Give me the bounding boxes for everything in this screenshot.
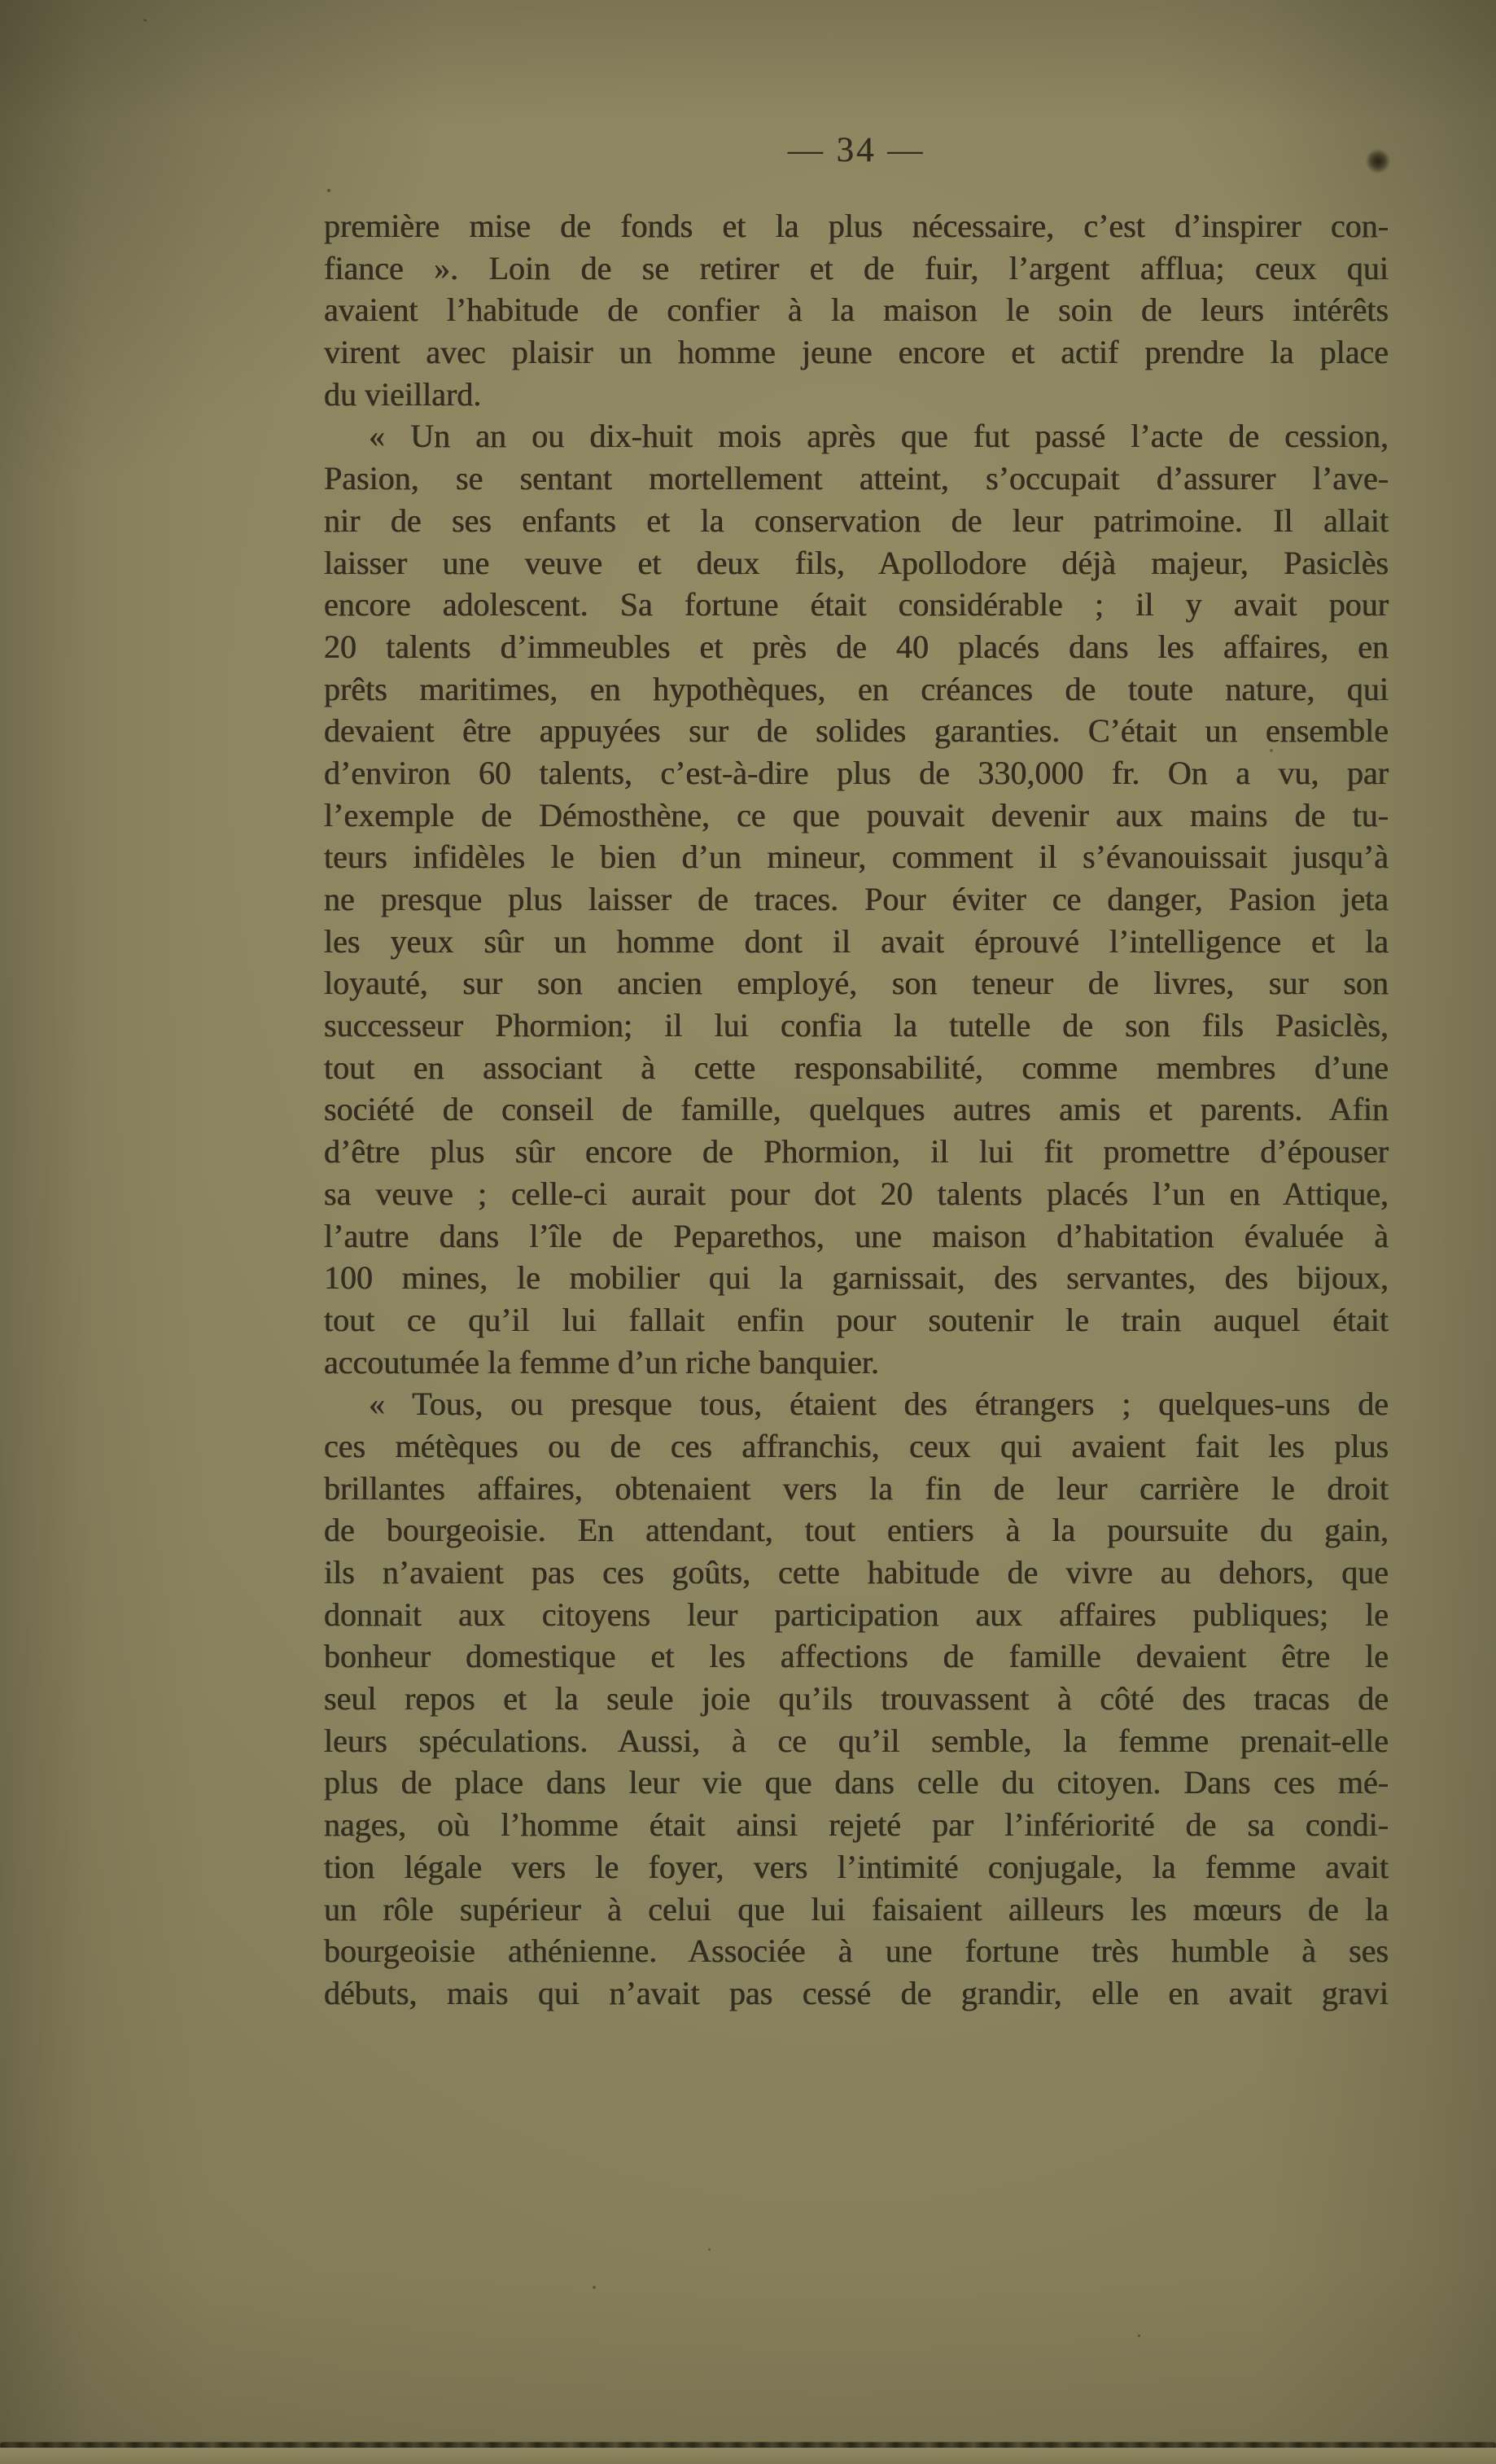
text-line: l’autre dans l’île de Peparethos, une ma…	[324, 1215, 1389, 1258]
text-line: les yeux sûr un homme dont il avait épro…	[324, 921, 1389, 963]
surface-below-page	[0, 2448, 1496, 2464]
paper-speck	[1270, 749, 1273, 752]
text-line: tout en associant à cette responsabilité…	[324, 1047, 1389, 1089]
text-line: tion légale vers le foyer, vers l’intimi…	[324, 1846, 1389, 1888]
text-line: leurs spéculations. Aussi, à ce qu’il se…	[324, 1720, 1389, 1762]
text-line: encore adolescent. Sa fortune était cons…	[324, 584, 1389, 626]
text-line: donnait aux citoyens leur participation …	[324, 1594, 1389, 1636]
text-line: fiance ». Loin de se retirer et de fuir,…	[324, 247, 1389, 290]
text-line: bourgeoisie athénienne. Associée à une f…	[324, 1930, 1389, 1972]
text-line: débuts, mais qui n’avait pas cessé de gr…	[324, 1972, 1389, 2015]
text-line: sa veuve ; celle-ci aurait pour dot 20 t…	[324, 1173, 1389, 1215]
text-line: laisser une veuve et deux fils, Apollodo…	[324, 542, 1389, 584]
text-line: ces métèques ou de ces affranchis, ceux …	[324, 1425, 1389, 1468]
body-text: première mise de fonds et la plus nécess…	[324, 205, 1389, 2015]
text-line: accoutumée la femme d’un riche banquier.	[324, 1341, 1389, 1384]
text-line: première mise de fonds et la plus nécess…	[324, 205, 1389, 247]
paper-speck	[708, 2248, 711, 2251]
paper-speck	[1138, 2335, 1140, 2337]
text-line: teurs infidèles le bien d’un mineur, com…	[324, 836, 1389, 878]
paper-speck	[327, 189, 330, 192]
text-line: du vieillard.	[324, 374, 1389, 416]
text-line: d’environ 60 talents, c’est-à-dire plus …	[324, 752, 1389, 794]
text-line: nir de ses enfants et la conservation de…	[324, 500, 1389, 542]
text-line: plus de place dans leur vie que dans cel…	[324, 1762, 1389, 1804]
text-line: loyauté, sur son ancien employé, son ten…	[324, 962, 1389, 1004]
text-line: ne presque plus laisser de traces. Pour …	[324, 878, 1389, 921]
page-number: — 34 —	[324, 130, 1389, 170]
text-line: avaient l’habitude de confier à la maiso…	[324, 289, 1389, 331]
text-line: société de conseil de famille, quelques …	[324, 1088, 1389, 1131]
text-line: « Un an ou dix-huit mois après que fut p…	[324, 415, 1389, 457]
text-line: virent avec plaisir un homme jeune encor…	[324, 331, 1389, 374]
text-line: « Tous, ou presque tous, étaient des étr…	[324, 1383, 1389, 1425]
ink-blot-stain	[1366, 149, 1390, 173]
text-line: l’exemple de Démosthène, ce que pouvait …	[324, 794, 1389, 837]
paper-speck	[593, 2286, 596, 2289]
text-line: de bourgeoisie. En attendant, tout entie…	[324, 1509, 1389, 1551]
text-line: 100 mines, le mobilier qui la garnissait…	[324, 1257, 1389, 1299]
text-line: successeur Phormion; il lui confia la tu…	[324, 1004, 1389, 1047]
text-line: seul repos et la seule joie qu’ils trouv…	[324, 1678, 1389, 1720]
text-line: tout ce qu’il lui fallait enfin pour sou…	[324, 1299, 1389, 1341]
text-line: ils n’avaient pas ces goûts, cette habit…	[324, 1551, 1389, 1594]
text-line: d’être plus sûr encore de Phormion, il l…	[324, 1131, 1389, 1173]
text-line: Pasion, se sentant mortellement atteint,…	[324, 457, 1389, 500]
paper-speck	[143, 19, 147, 22]
text-line: un rôle supérieur à celui que lui faisai…	[324, 1888, 1389, 1931]
text-line: bonheur domestique et les affections de …	[324, 1635, 1389, 1678]
scanned-page: — 34 — première mise de fonds et la plus…	[0, 0, 1496, 2464]
text-line: 20 talents d’immeubles et près de 40 pla…	[324, 626, 1389, 668]
text-line: prêts maritimes, en hypothèques, en créa…	[324, 668, 1389, 711]
text-line: devaient être appuyées sur de solides ga…	[324, 710, 1389, 752]
text-line: nages, où l’homme était ainsi rejeté par…	[324, 1804, 1389, 1846]
text-line: brillantes affaires, obtenaient vers la …	[324, 1468, 1389, 1510]
